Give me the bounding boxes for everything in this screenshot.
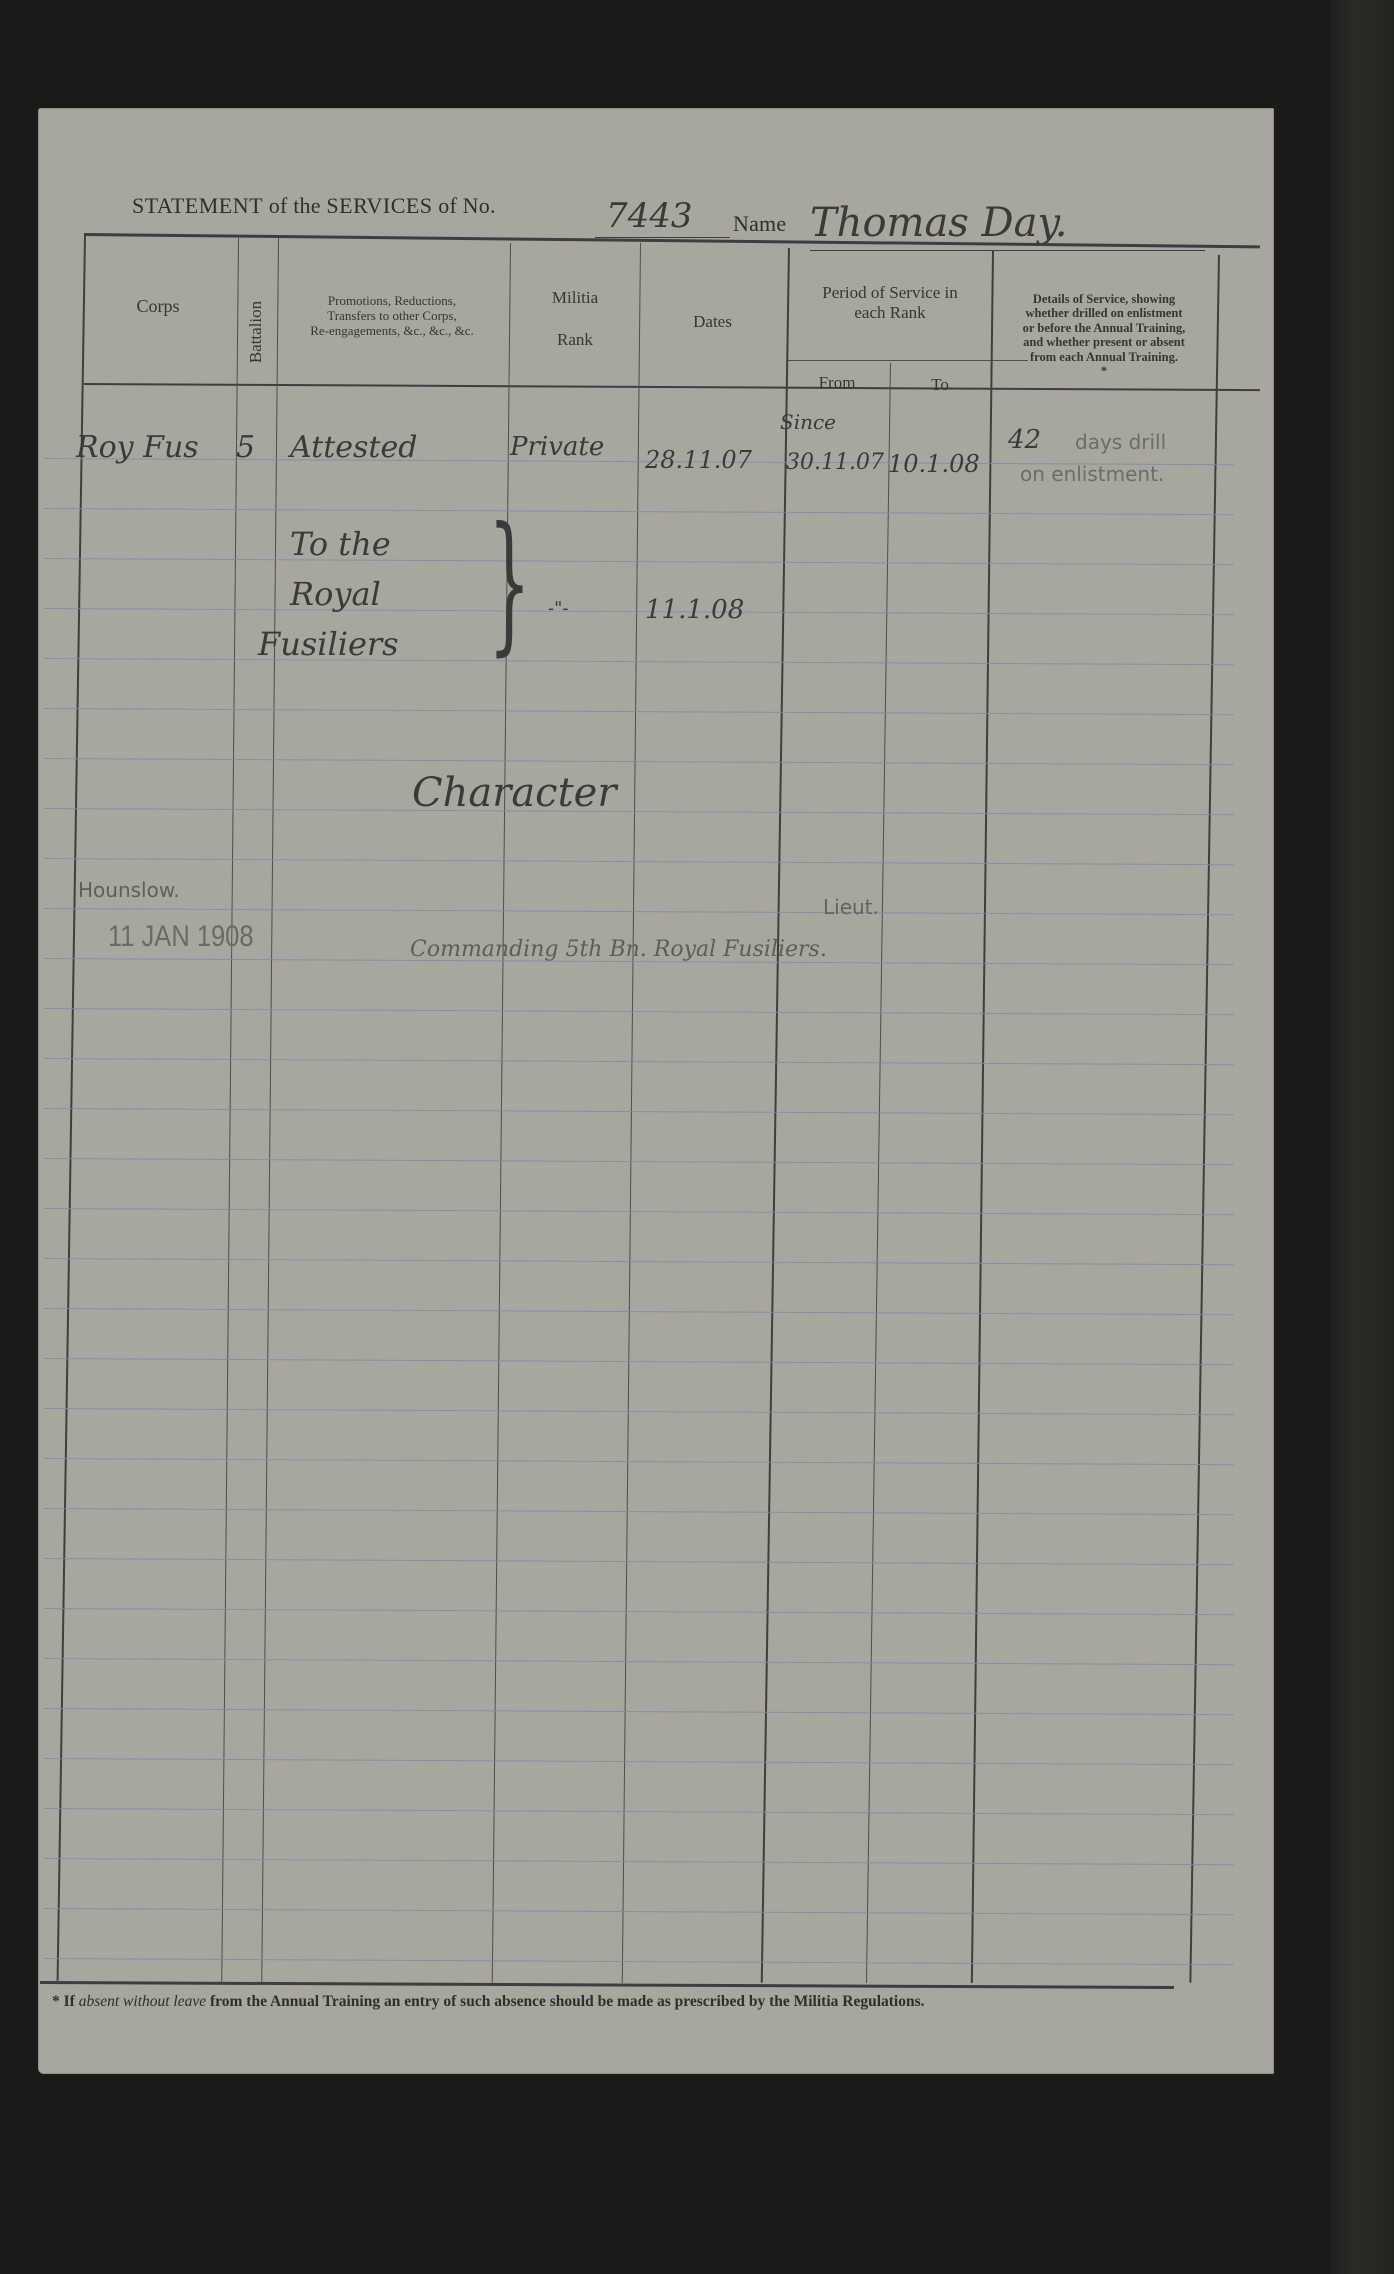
stamp-date: 11 JAN 1908 [108,920,254,954]
header-rank: Rank [520,330,630,350]
header-promotions-line3: Re-engagements, &c., &c., &c. [276,324,508,339]
row1-rank: Private [510,432,604,462]
row1-promotion: Attested [290,430,417,465]
row1-corps: Roy Fus [76,430,199,465]
header-details-line2: whether drilled on enlistment [992,306,1216,320]
header-corps: Corps [98,296,218,317]
title-of-no: of No. [433,193,496,218]
bracket-brace: } [488,508,531,658]
footnote: * If absent without leave from the Annua… [52,1993,925,2011]
header-period: Period of Service in each Rank [790,283,990,322]
character-label: Character [412,770,616,816]
row1-drill-days: 42 [1008,425,1041,455]
title-statement: STATEMENT [132,193,263,218]
footnote-asterisk: * [52,1993,60,2010]
header-from: From [792,373,882,393]
footnote-italic: absent without leave [79,1993,206,2010]
row2-date: 11.1.08 [645,595,744,625]
header-bottom-border [84,383,1260,391]
row2-promotion-line1: To the [290,525,391,563]
header-to: To [890,375,990,395]
col-divider-to [971,251,994,1983]
binding-spine [1330,0,1394,2274]
row1-date: 28.11.07 [645,446,752,474]
service-number: 7443 [606,196,693,236]
row1-to: 10.1.08 [888,450,980,478]
document-title: STATEMENT of the SERVICES of No. [132,193,496,219]
title-services: SERVICES [326,193,432,218]
header-battalion: Battalion [246,292,266,372]
title-of-the: of the [263,193,326,218]
row1-enlistment-text: on enlistment. [1020,462,1164,486]
footnote-text: from the Annual Training an entry of suc… [210,1993,925,2010]
footnote-lead: If [64,1993,75,2010]
table-top-border [84,233,1260,248]
commanding-officer-line: Commanding 5th Bn. Royal Fusiliers. [410,937,827,962]
row1-drill-text: days drill [1075,430,1166,454]
row2-promotion-line3: Fusiliers [258,625,399,663]
col-divider-from [866,363,891,1983]
col-divider-corps [221,238,239,1983]
header-details-line1: Details of Service, showing [992,292,1216,306]
header-details-asterisk: * [992,364,1216,378]
row1-from: 30.11.07 [786,450,884,475]
header-militia: Militia [520,288,630,308]
col-divider-rank [622,243,641,1983]
row1-battalion: 5 [236,430,255,465]
header-details-line4: and whether present or absent [992,335,1216,349]
header-details: Details of Service, showing whether dril… [992,292,1216,378]
header-details-line3: or before the Annual Training, [992,321,1216,335]
header-promotions: Promotions, Reductions, Transfers to oth… [276,294,508,339]
col-divider-battalion [261,238,279,1983]
header-details-line5: from each Annual Training. [992,350,1216,364]
row2-promotion-line2: Royal [290,575,381,613]
stamp-place: Hounslow. [78,878,180,902]
row1-from-note: Since [780,410,836,434]
col-divider-dates [761,248,790,1983]
header-period-line2: each Rank [790,303,990,323]
header-period-line1: Period of Service in [790,283,990,303]
header-dates: Dates [650,312,775,332]
officer-rank: Lieut. [823,895,879,919]
header-promotions-line2: Transfers to other Corps, [276,309,508,324]
header-promotions-line1: Promotions, Reductions, [276,294,508,309]
row2-rank-ditto: -"- [548,598,568,619]
